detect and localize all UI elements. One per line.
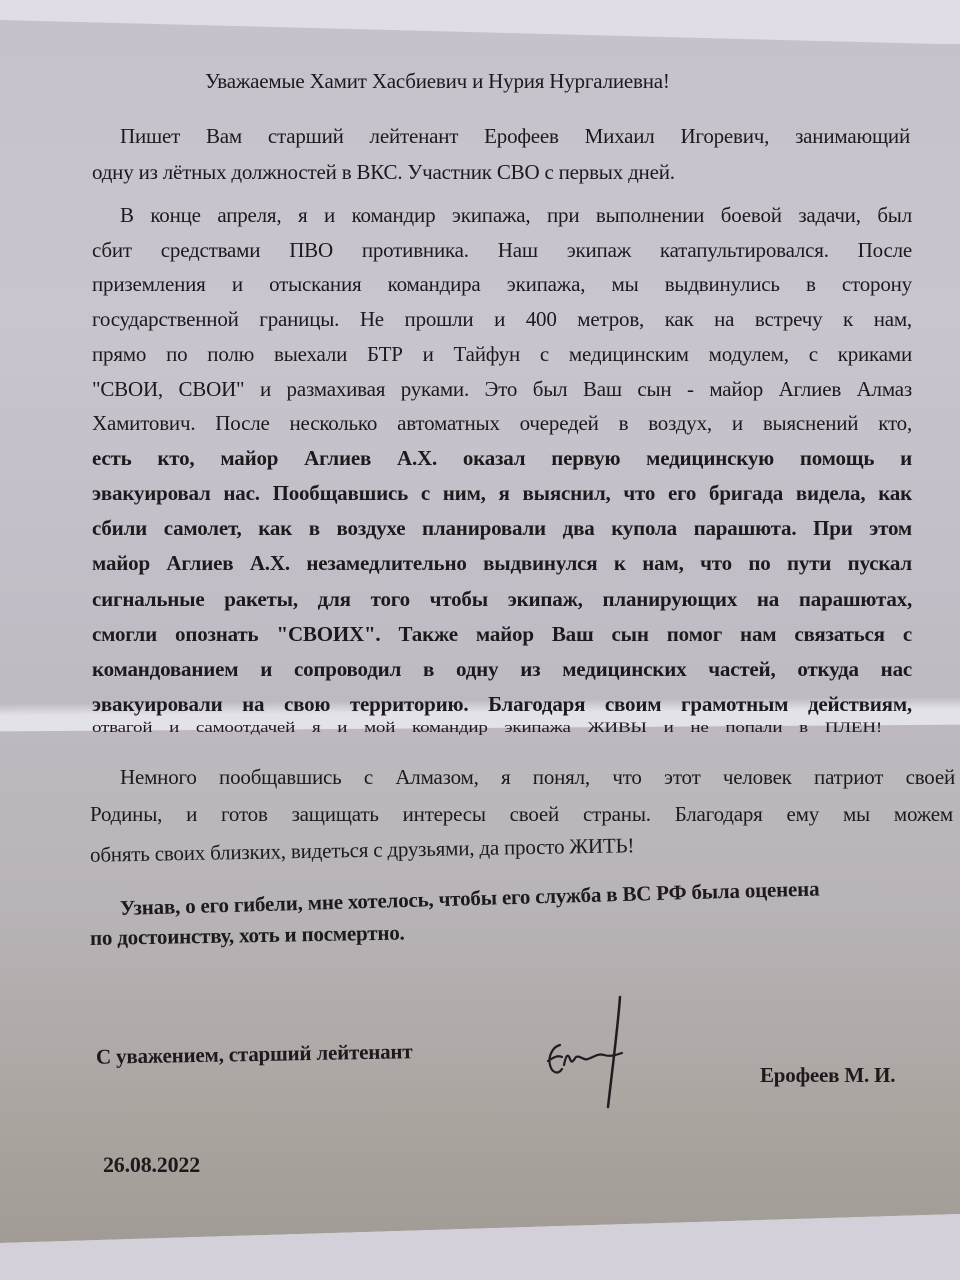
letter-line: Хамитович. После несколько автоматных оч… [92, 411, 912, 436]
letter-line: Пишет Вам старший лейтенант Ерофеев Миха… [120, 124, 910, 149]
letter-date: 26.08.2022 [103, 1152, 200, 1178]
letter-line: государственной границы. Не прошли и 400… [92, 307, 912, 332]
letter-line: есть кто, майор Аглиев А.Х. оказал перву… [92, 446, 912, 471]
letter-line: смогли опознать "СВОИХ". Также майор Ваш… [92, 622, 912, 647]
letter-line: отвагой и самоотдачей я и мой командир э… [92, 720, 882, 737]
letter-line: майор Аглиев А.Х. незамедлительно выдвин… [92, 551, 912, 576]
letter-line: "СВОИ, СВОИ" и размахивая руками. Это бы… [92, 377, 912, 402]
letter-line: сигнальные ракеты, для того чтобы экипаж… [92, 587, 912, 612]
letter-line: В конце апреля, я и командир экипажа, пр… [120, 203, 912, 228]
letter-line: прямо по полю выехали БТР и Тайфун с мед… [92, 342, 912, 367]
letter-line: Немного пообщавшись с Алмазом, я понял, … [120, 765, 955, 790]
letter-line: сбит средствами ПВО противника. Наш экип… [92, 238, 912, 263]
letter-line: приземления и отыскания командира экипаж… [92, 272, 912, 297]
letter-salutation: Уважаемые Хамит Хасбиевич и Нурия Нургал… [205, 69, 670, 94]
signature-icon [528, 995, 638, 1110]
letter-line: сбили самолет, как в воздухе планировали… [92, 516, 912, 541]
letter-line: Родины, и готов защищать интересы своей … [90, 802, 953, 827]
letter-line: одну из лётных должностей в ВКС. Участни… [92, 160, 675, 185]
letter-line: командованием и сопроводил в одну из мед… [92, 657, 912, 682]
letter-line: эвакуировал нас. Пообщавшись с ним, я вы… [92, 481, 912, 506]
letter-line: эвакуировали на свою территорию. Благода… [92, 692, 912, 717]
signer-name: Ерофеев М. И. [760, 1063, 895, 1088]
